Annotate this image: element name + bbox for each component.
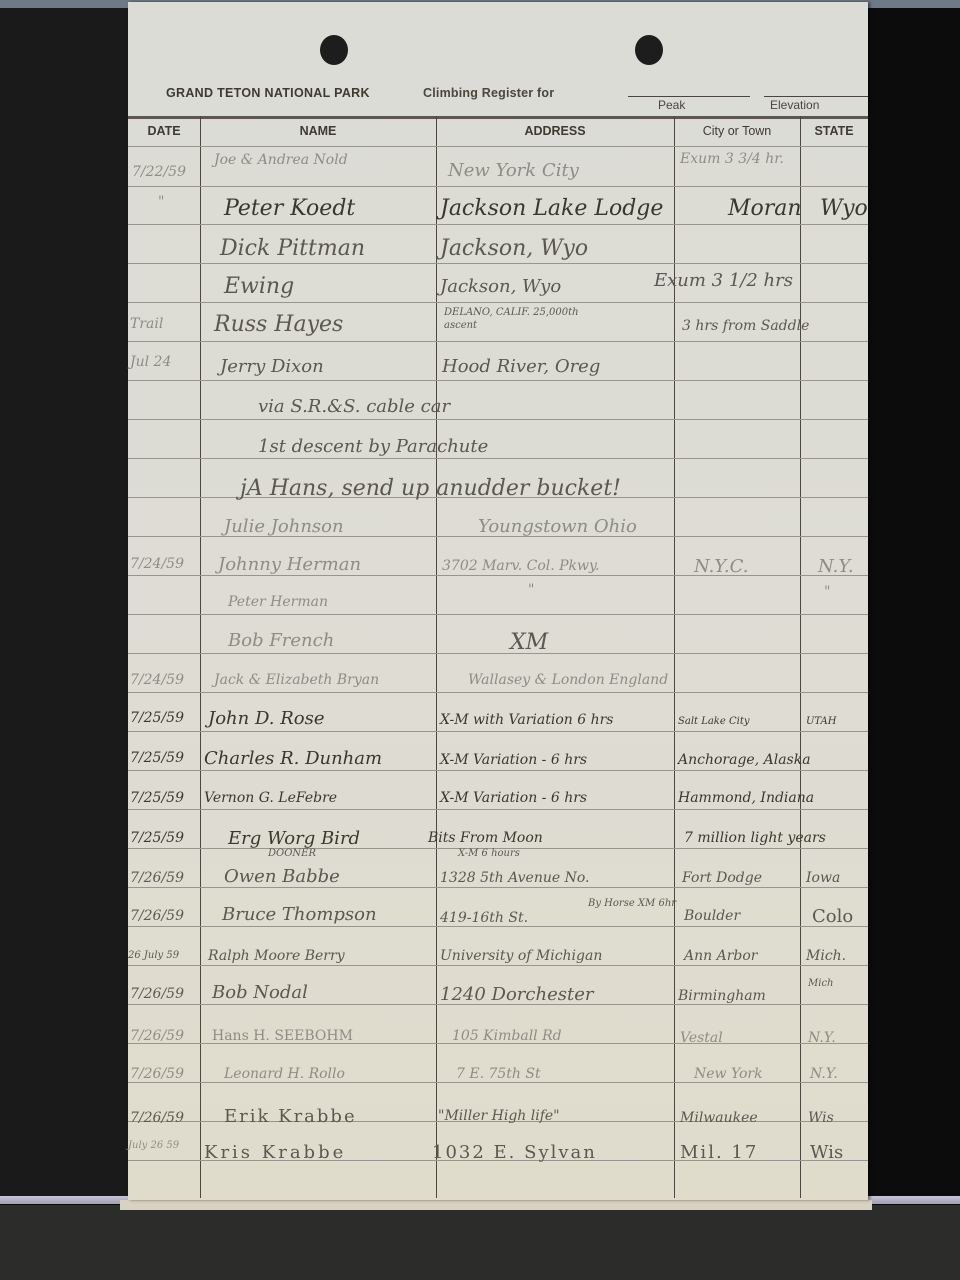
entry-name: Bob Nodal xyxy=(212,982,308,1003)
entry-address: Bits From Moon xyxy=(428,830,543,846)
column-header-name: NAME xyxy=(200,124,436,138)
column-header-city: City or Town xyxy=(674,124,800,138)
entry-address: 1032 E. Sylvan xyxy=(432,1142,597,1163)
entry-state: N.Y. xyxy=(810,1066,838,1082)
entry-address: " xyxy=(528,582,534,598)
entry-name: John D. Rose xyxy=(208,708,324,729)
entry-date: 7/26/59 xyxy=(130,1066,184,1082)
entry-address: Jackson, Wyo xyxy=(440,276,561,297)
entry-date: 7/26/59 xyxy=(130,870,184,886)
entry-address: X-M Variation - 6 hrs xyxy=(440,752,587,768)
entry-date: 7/24/59 xyxy=(130,556,184,572)
entry-date: 7/26/59 xyxy=(130,1028,184,1044)
entry-name: Jack & Elizabeth Bryan xyxy=(214,672,379,688)
entry-address-note: X-M 6 hours xyxy=(458,848,520,859)
entry-name: Charles R. Dunham xyxy=(204,748,382,769)
background-board xyxy=(0,8,128,1198)
entry-state: " xyxy=(824,584,830,600)
entry-state: Mich. xyxy=(806,948,846,964)
entry-state: Mich xyxy=(808,978,833,989)
entry-city: New York xyxy=(694,1066,763,1082)
entry-city: Moran xyxy=(728,196,802,221)
entry-name: Julie Johnson xyxy=(224,516,344,537)
entry-city: Hammond, Indiana xyxy=(678,790,814,806)
ruled-line xyxy=(128,653,868,654)
ruled-line xyxy=(128,614,868,615)
entry-city: Exum 3 3/4 hr. xyxy=(680,150,790,168)
entry-city: Ann Arbor xyxy=(684,948,757,964)
entry-name: Leonard H. Rollo xyxy=(224,1066,345,1082)
entry-name: Owen Babbe xyxy=(224,866,340,887)
entry-date: 7/26/59 xyxy=(130,986,184,1002)
entry-name-note: DOONER xyxy=(268,848,316,859)
entry-date: 7/26/59 xyxy=(130,908,184,924)
page-fold xyxy=(120,1200,872,1210)
column-divider xyxy=(436,116,437,1198)
column-header-state: STATE xyxy=(800,124,868,138)
entry-address: Youngstown Ohio xyxy=(478,516,637,537)
entry-address: New York City xyxy=(448,160,579,181)
ruled-line xyxy=(128,575,868,576)
entry-date: 7/25/59 xyxy=(130,710,184,726)
entry-city: Vestal xyxy=(680,1030,723,1046)
entry-city: Fort Dodge xyxy=(682,870,762,886)
entry-date: 7/25/59 xyxy=(130,790,184,806)
peak-label: Peak xyxy=(658,98,685,112)
ruled-line xyxy=(128,926,868,927)
ruled-line xyxy=(128,380,868,381)
entry-date: 7/22/59 xyxy=(132,164,186,180)
ruled-line xyxy=(128,186,868,187)
entry-city: Salt Lake City xyxy=(678,716,749,727)
entry-address: 419-16th St. xyxy=(440,910,528,926)
ruled-line xyxy=(128,965,868,966)
entry-address: Hood River, Oreg xyxy=(442,356,600,377)
entry-state: Wis xyxy=(808,1110,834,1126)
ruled-line xyxy=(128,770,868,771)
entry-name: Ewing xyxy=(224,274,294,299)
entry-name: Erg Worg Bird xyxy=(228,828,360,849)
ruled-line xyxy=(128,224,868,225)
entry-state: Wis xyxy=(810,1142,843,1163)
entry-name: Kris Krabbe xyxy=(204,1142,346,1163)
column-divider xyxy=(800,116,801,1198)
register-table: DATE NAME ADDRESS City or Town STATE xyxy=(128,116,868,1198)
entry-note: via S.R.&S. cable car xyxy=(258,396,450,417)
elevation-label: Elevation xyxy=(770,98,819,112)
entry-date: Trail xyxy=(130,316,163,332)
entry-address-note: By Horse XM 6hr xyxy=(588,898,676,909)
park-title: GRAND TETON NATIONAL PARK xyxy=(166,86,370,100)
entry-city: N.Y.C. xyxy=(694,556,748,577)
ruled-line xyxy=(128,458,868,459)
entry-name: Hans H. SEEBOHM xyxy=(212,1028,353,1044)
ruled-line xyxy=(128,731,868,732)
entry-name: Jerry Dixon xyxy=(220,356,324,377)
entry-state: Colo xyxy=(812,906,853,927)
entry-address: X-M with Variation 6 hrs xyxy=(440,712,613,728)
entry-address: X-M Variation - 6 hrs xyxy=(440,790,587,806)
entry-state: Iowa xyxy=(806,870,840,886)
entry-city: Anchorage, Alaska xyxy=(678,752,811,768)
register-page: GRAND TETON NATIONAL PARK Climbing Regis… xyxy=(128,2,868,1200)
table-top-rule xyxy=(128,116,868,119)
entry-name: Johnny Herman xyxy=(218,554,361,575)
ruled-line xyxy=(128,692,868,693)
entry-address: "Miller High life" xyxy=(438,1108,560,1124)
entry-date: 26 July 59 xyxy=(128,950,179,961)
entry-address: 3702 Marv. Col. Pkwy. xyxy=(442,558,600,574)
punch-hole-icon xyxy=(635,35,663,65)
entry-city: 3 hrs from Saddle xyxy=(682,318,809,334)
entry-state: N.Y. xyxy=(818,556,854,577)
register-label: Climbing Register for xyxy=(423,86,554,100)
entry-city: Mil. 17 xyxy=(680,1142,758,1163)
entry-name: Bob French xyxy=(228,630,334,651)
entry-state: Wyo xyxy=(820,196,868,221)
entry-city: 7 million light years xyxy=(684,830,826,846)
entry-name: Ralph Moore Berry xyxy=(208,948,345,964)
entry-address: Wallasey & London England xyxy=(468,672,668,688)
entry-city: Exum 3 1/2 hrs xyxy=(654,270,793,291)
entry-name: Bruce Thompson xyxy=(222,904,377,925)
column-header-address: ADDRESS xyxy=(436,124,674,138)
entry-name: Joe & Andrea Nold xyxy=(214,152,348,168)
peak-blank xyxy=(628,96,750,97)
ruled-line xyxy=(128,146,868,147)
entry-address: Jackson Lake Lodge xyxy=(440,196,663,221)
entry-note: 1st descent by Parachute xyxy=(258,436,488,457)
entry-date: Jul 24 xyxy=(130,354,171,370)
entry-address: Jackson, Wyo xyxy=(440,236,588,261)
entry-name: Peter Koedt xyxy=(224,196,355,221)
background-surface xyxy=(0,1205,960,1280)
entry-name: Russ Hayes xyxy=(214,312,343,337)
entry-date: 7/25/59 xyxy=(130,750,184,766)
column-header-date: DATE xyxy=(128,124,200,138)
entry-address: DELANO, CALIF. 25,000th ascent xyxy=(444,306,594,332)
entry-city: Milwaukee xyxy=(680,1110,758,1126)
column-divider xyxy=(200,116,201,1198)
entry-date: " xyxy=(158,194,164,210)
entry-state: N.Y. xyxy=(808,1030,836,1046)
entry-date: 7/26/59 xyxy=(130,1110,184,1126)
entry-date: July 26 59 xyxy=(128,1140,198,1151)
entry-city: Boulder xyxy=(684,908,740,924)
ruled-line xyxy=(128,263,868,264)
entry-name: Dick Pittman xyxy=(220,236,365,261)
entry-address: 1240 Dorchester xyxy=(440,984,593,1005)
entry-state: UTAH xyxy=(806,716,837,727)
entry-address: University of Michigan xyxy=(440,948,602,964)
entry-address: 7 E. 75th St xyxy=(456,1066,541,1082)
entry-city: Birmingham xyxy=(678,988,766,1004)
ruled-line xyxy=(128,341,868,342)
entry-name: Peter Herman xyxy=(228,594,328,610)
entry-name: Vernon G. LeFebre xyxy=(204,790,337,806)
entry-address: 105 Kimball Rd xyxy=(452,1028,562,1044)
ruled-line xyxy=(128,302,868,303)
entry-note: jA Hans, send up anudder bucket! xyxy=(240,476,621,501)
entry-date: 7/25/59 xyxy=(130,830,184,846)
entry-name: Erik Krabbe xyxy=(224,1106,357,1127)
punch-hole-icon xyxy=(320,35,348,65)
ruled-line xyxy=(128,1082,868,1083)
ruled-line xyxy=(128,809,868,810)
entry-date: 7/24/59 xyxy=(130,672,184,688)
entry-address: 1328 5th Avenue No. xyxy=(440,870,589,886)
entry-address: XM xyxy=(510,630,548,655)
ruled-line xyxy=(128,887,868,888)
elevation-blank xyxy=(764,96,868,97)
ruled-line xyxy=(128,419,868,420)
